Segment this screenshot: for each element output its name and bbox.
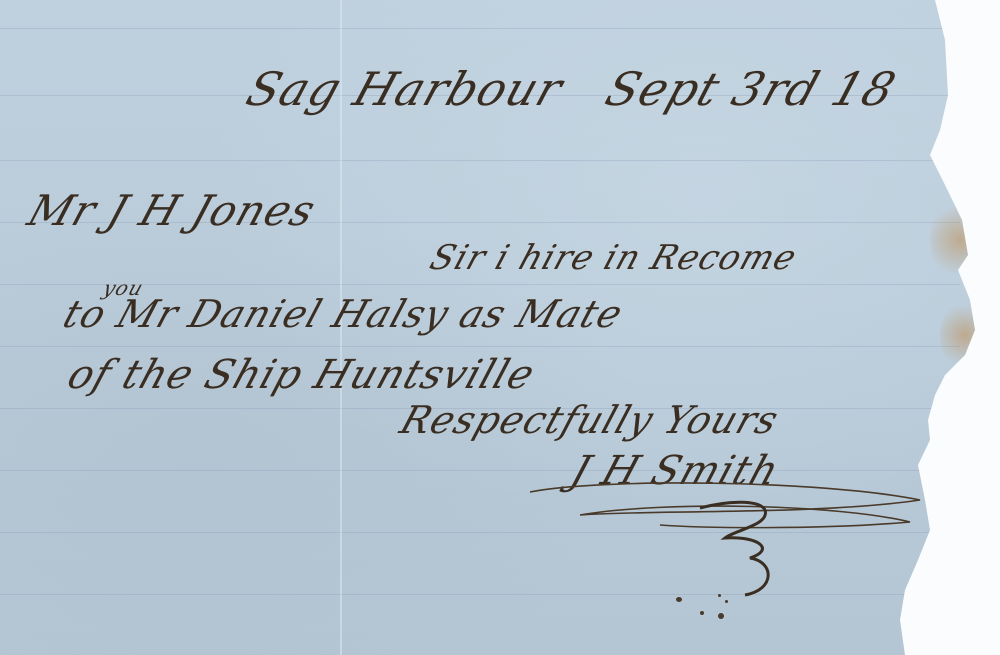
ink-blot <box>725 600 728 603</box>
signature-flourish-icon <box>520 470 940 620</box>
paper-rule-line <box>0 160 960 161</box>
ink-blot <box>718 613 724 619</box>
dateline-place: Sag Harbour <box>240 62 570 116</box>
edge-stain <box>930 200 990 280</box>
closing: Respectfully Yours <box>395 398 784 442</box>
ink-blot <box>700 611 704 615</box>
letter-paper: Sag Harbour Sept 3rd 18 Mr J H Jones Sir… <box>0 0 1000 655</box>
body-line-2: to Mr Daniel Halsy as Mate <box>58 292 629 336</box>
body-line-3: of the Ship Huntsville <box>62 352 541 398</box>
dateline-date: Sept 3rd 18 <box>599 62 903 116</box>
ink-blot <box>676 597 682 602</box>
edge-stain <box>940 300 990 370</box>
dateline: Sag Harbour Sept 3rd 18 <box>240 62 903 116</box>
salutation: Mr J H Jones <box>22 186 322 235</box>
paper-rule-line <box>0 346 960 347</box>
document-canvas: Sag Harbour Sept 3rd 18 Mr J H Jones Sir… <box>0 0 1000 655</box>
ink-blot <box>718 594 721 597</box>
paper-rule-line <box>0 28 960 29</box>
body-line-1: Sir i hire in Recome <box>425 238 802 278</box>
